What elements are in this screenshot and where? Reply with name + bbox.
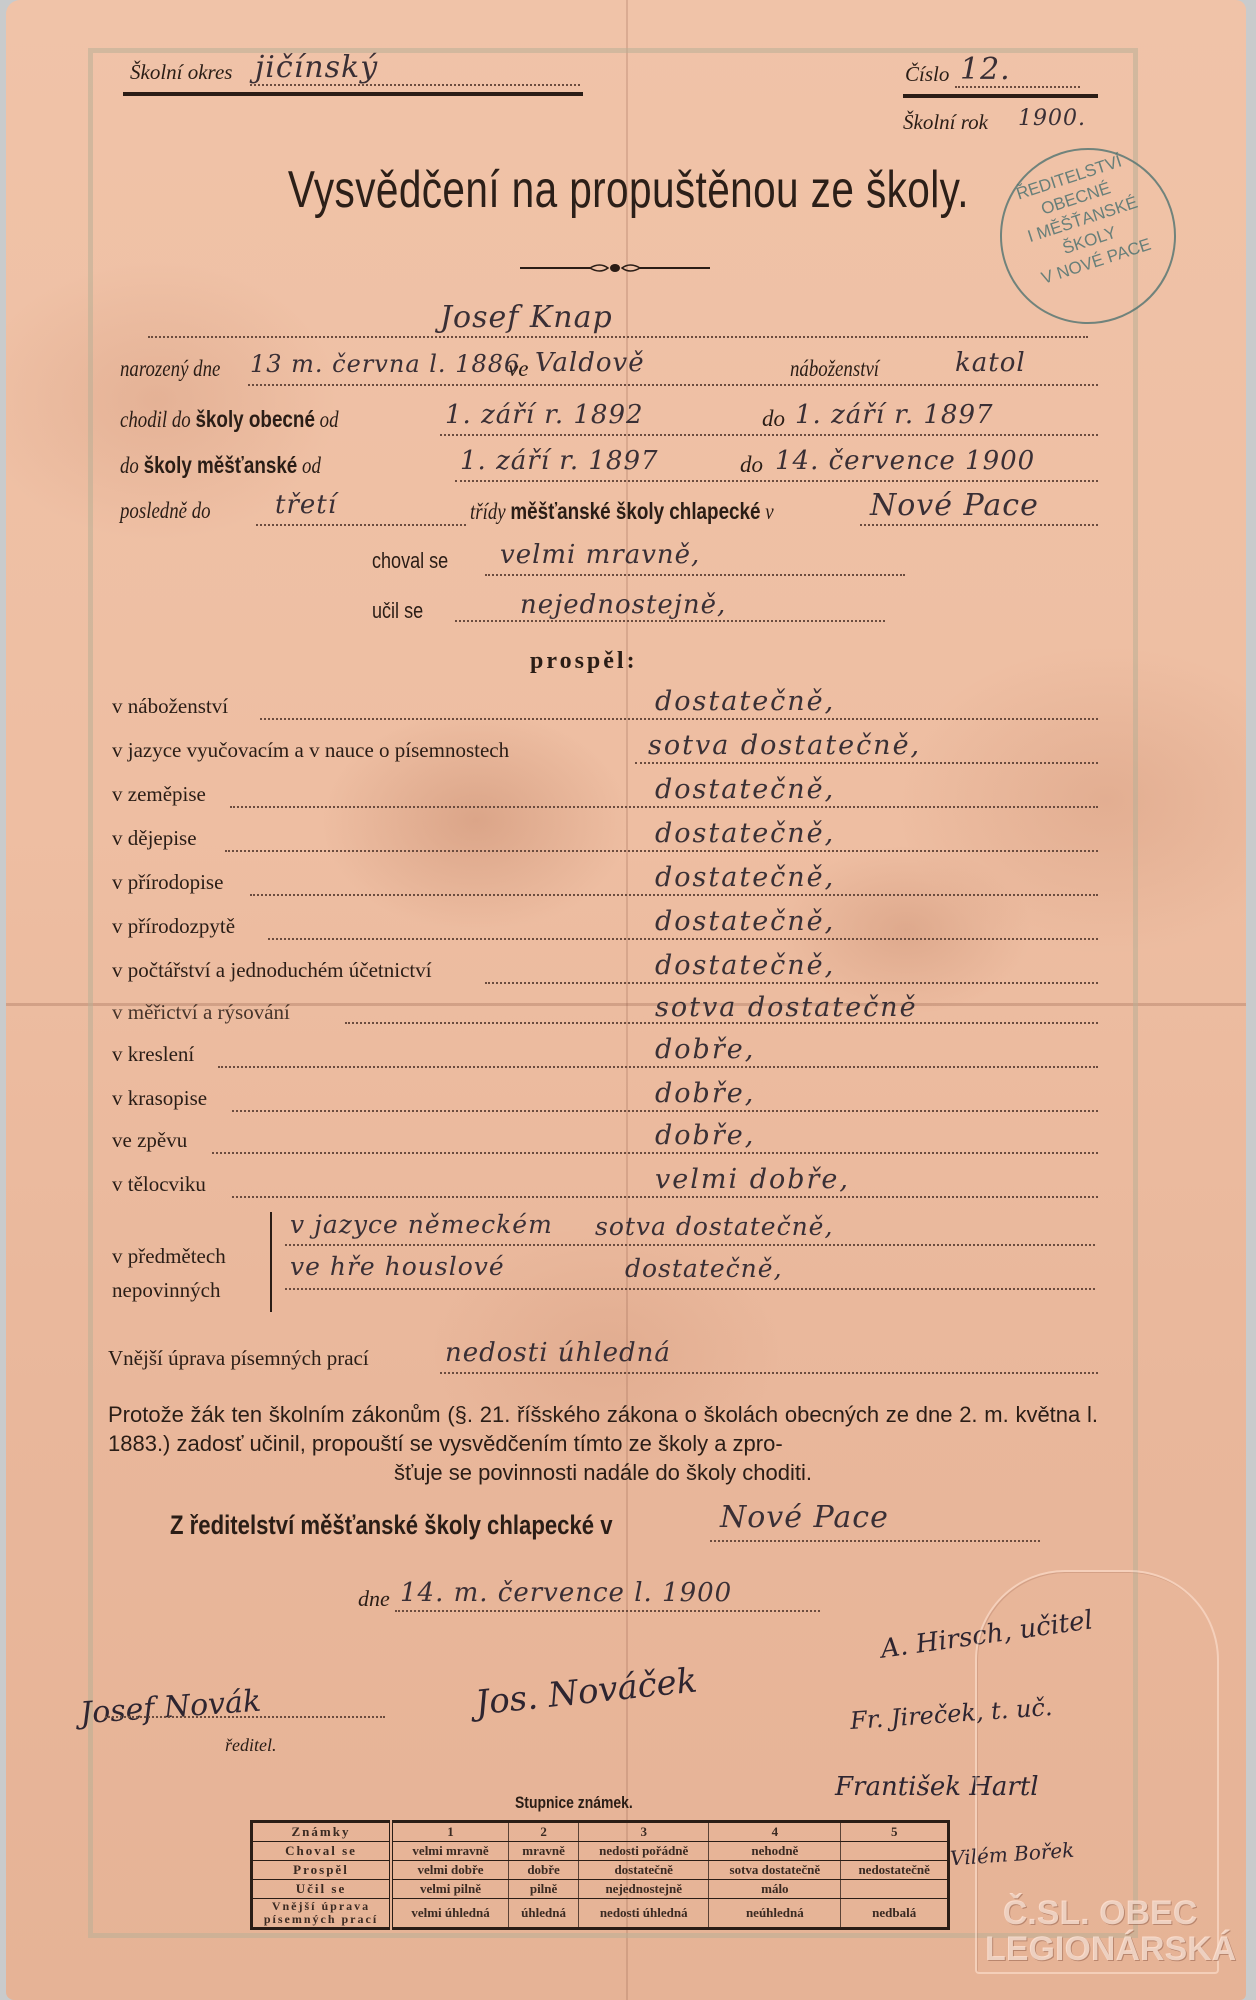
subject-label: v zeměpise [112,782,206,807]
subject-grade: velmi dobře, [655,1164,850,1195]
table-header-cell: Známky [252,1822,392,1842]
school-place-dotted-line [860,524,1098,526]
neatness-label: Vnější úprava písemných prací [108,1346,369,1371]
subject-dotted-line [232,1196,1098,1198]
neatness-value: nedosti úhledná [445,1338,671,1368]
director-title: ředitel. [225,1735,277,1756]
behaved-label: choval se [372,548,465,574]
subject-grade: dobře, [655,1034,755,1065]
table-cell: velmi dobře [391,1861,509,1880]
number-label: Číslo [905,62,949,87]
student-name: Josef Knap [440,300,613,335]
subject-label: v dějepise [112,826,197,851]
issue-date: 14. m. července l. 1900 [400,1578,732,1608]
optional-grade-2: dostatečně, [625,1254,783,1283]
born-dotted-line [248,384,1098,386]
table-cell: velmi pilně [391,1880,509,1899]
director-dotted-line [105,1716,385,1718]
optional-grade-1: sotva dostatečně, [595,1212,833,1241]
table-header-cell: 5 [841,1822,949,1842]
table-header-cell: 4 [709,1822,841,1842]
results-heading: prospěl: [530,648,638,675]
table-cell: velmi mravně [391,1842,509,1861]
subject-grade: sotva dostatečně, [648,730,921,761]
subject-grade: dostatečně, [655,950,835,981]
learned-label: učil se [372,598,434,624]
subject-grade: dobře, [655,1078,755,1109]
issuer-line: Z ředitelství měšťanské školy chlapecké … [170,1510,710,1541]
number-rule [903,94,1098,98]
school-year-label: Školní rok [903,110,988,135]
district-value: jičínský [255,50,378,85]
table-cell: Prospěl [252,1861,392,1880]
table-row: Choval se velmi mravně mravně nedosti po… [252,1842,949,1861]
table-row: Učil se velmi pilně pilně nejednostejně … [252,1880,949,1899]
subject-grade: dostatečně, [655,862,835,893]
subject-dotted-line [260,718,1098,720]
subject-label: v jazyce vyučovacím a v nauce o písemnos… [112,738,509,763]
subject-dotted-line [218,1066,1098,1068]
school-year-value: 1900. [1018,106,1086,131]
date-dotted-line [395,1610,820,1612]
subject-label: v přírodozpytě [112,914,235,939]
legal-statement: Protože žák ten školním zákonům (§. 21. … [108,1400,1098,1487]
emboss-line: Č.SL. OBEC [985,1895,1215,1931]
subject-label: v náboženství [112,694,228,719]
table-cell: dobře [509,1861,579,1880]
religion-label: náboženství [790,356,899,382]
civic-line-label: do školy měšťanské od [120,452,365,479]
table-header-cell: 1 [391,1822,509,1842]
emboss-line: LEGIONÁRSKÁ [985,1931,1215,1967]
optional-label-line2: nepovinných [112,1278,220,1303]
neatness-dotted-line [440,1372,1098,1374]
district-rule [123,92,583,96]
table-cell: nejednostejně [579,1880,709,1899]
civic-from: 1. září r. 1897 [460,446,659,476]
subject-label: v přírodopise [112,870,223,895]
date-prefix: dne [358,1586,390,1612]
table-header-cell: 3 [579,1822,709,1842]
district-dotted-line [250,84,580,86]
behaved-value: velmi mravně, [500,540,700,570]
table-cell: málo [709,1880,841,1899]
optional-dotted-line [285,1288,1095,1290]
table-cell: neúhledná [709,1899,841,1929]
last-class-dotted-line [256,524,466,526]
subject-label: v měřictví a rýsování [112,1000,290,1025]
school-place: Nové Pace [870,488,1039,523]
grade-scale-title: Stupnice známek. [515,1793,659,1813]
religion-value: katol [955,348,1026,378]
table-row: Vnější úprava písemných prací velmi úhle… [252,1899,949,1929]
district-label: Školní okres [130,60,232,85]
table-cell: velmi úhledná [391,1899,509,1929]
document-title: Vysvědčení na propuštěnou ze školy. [139,160,1119,220]
table-cell: Vnější úprava písemných prací [252,1899,392,1929]
subject-grade: dostatečně, [655,818,835,849]
grade-scale-table: Známky 1 2 3 4 5 Choval se velmi mravně … [250,1820,950,1930]
statement-text: Protože žák ten školním zákonům (§. 21. … [108,1402,1098,1456]
table-cell: nedbalá [841,1899,949,1929]
subject-label: v tělocviku [112,1172,206,1197]
subject-grade: sotva dostatečně [655,992,918,1023]
legion-emboss-text: Č.SL. OBEC LEGIONÁRSKÁ [985,1895,1215,1967]
table-cell: sotva dostatečně [709,1861,841,1880]
table-cell: Choval se [252,1842,392,1861]
table-cell: nehodně [709,1842,841,1861]
subject-grade: dostatečně, [655,774,835,805]
ornament-divider [520,262,710,274]
subject-dotted-line [250,894,1098,896]
subject-dotted-line [635,762,1098,764]
primary-line-label: chodil do školy obecné od [120,406,386,433]
optional-brace [270,1212,290,1312]
table-cell [841,1842,949,1861]
table-cell: nedosti úhledná [579,1899,709,1929]
learned-dotted-line [455,620,885,622]
born-place: Valdově [535,348,645,378]
optional-subject-2: ve hře houslové [290,1252,505,1281]
table-cell: dostatečně [579,1861,709,1880]
subject-dotted-line [212,1152,1098,1154]
table-cell: nedosti pořádně [579,1842,709,1861]
table-cell: pilně [509,1880,579,1899]
subject-grade: dobře, [655,1120,755,1151]
table-cell: nedostatečně [841,1861,949,1880]
optional-label-line1: v předmětech [112,1244,226,1269]
civic-dotted-line [455,480,1098,482]
subject-dotted-line [268,938,1098,940]
last-class-label: posledně do [120,498,231,524]
primary-from: 1. září r. 1892 [445,400,644,430]
behaved-dotted-line [485,574,905,576]
subject-grade: dostatečně, [655,906,835,937]
civic-to: 14. července 1900 [775,446,1035,476]
school-type-line: třídy měšťanské školy chlapecké v [470,498,840,525]
born-place-prefix: ve [508,356,528,382]
issuer-place: Nové Pace [720,1500,889,1535]
subject-label: v krasopise [112,1086,207,1111]
subject-label: v kreslení [112,1042,194,1067]
subject-label: ve zpěvu [112,1128,187,1153]
subject-dotted-line [225,850,1098,852]
subject-dotted-line [485,982,1098,984]
last-class-value: třetí [275,490,337,520]
primary-to: 1. září r. 1897 [795,400,994,430]
number-value: 12. [960,52,1011,87]
table-row: Známky 1 2 3 4 5 [252,1822,949,1842]
subject-grade: dostatečně, [655,686,835,717]
issuer-place-dotted-line [710,1540,1040,1542]
subject-dotted-line [230,806,1098,808]
number-dotted-line [955,86,1080,88]
table-row: Prospěl velmi dobře dobře dostatečně sot… [252,1861,949,1880]
optional-subject-1: v jazyce německém [290,1210,553,1239]
learned-value: nejednostejně, [520,590,726,620]
optional-dotted-line [285,1244,1095,1246]
subject-dotted-line [232,1110,1098,1112]
primary-dotted-line [440,434,1098,436]
name-dotted-line [148,336,1088,338]
civic-to-label: do [740,452,763,478]
table-cell: Učil se [252,1880,392,1899]
table-header-cell: 2 [509,1822,579,1842]
primary-to-label: do [762,406,785,432]
born-label: narozený dne [120,356,242,382]
statement-last-line: šťuje se povinnosti nadále do školy chod… [108,1458,1098,1487]
table-cell: mravně [509,1842,579,1861]
subject-label: v počtářství a jednoduchém účetnictví [112,958,432,983]
born-date: 13 m. června l. 1886 [250,350,520,378]
table-cell [841,1880,949,1899]
table-cell: úhledná [509,1899,579,1929]
